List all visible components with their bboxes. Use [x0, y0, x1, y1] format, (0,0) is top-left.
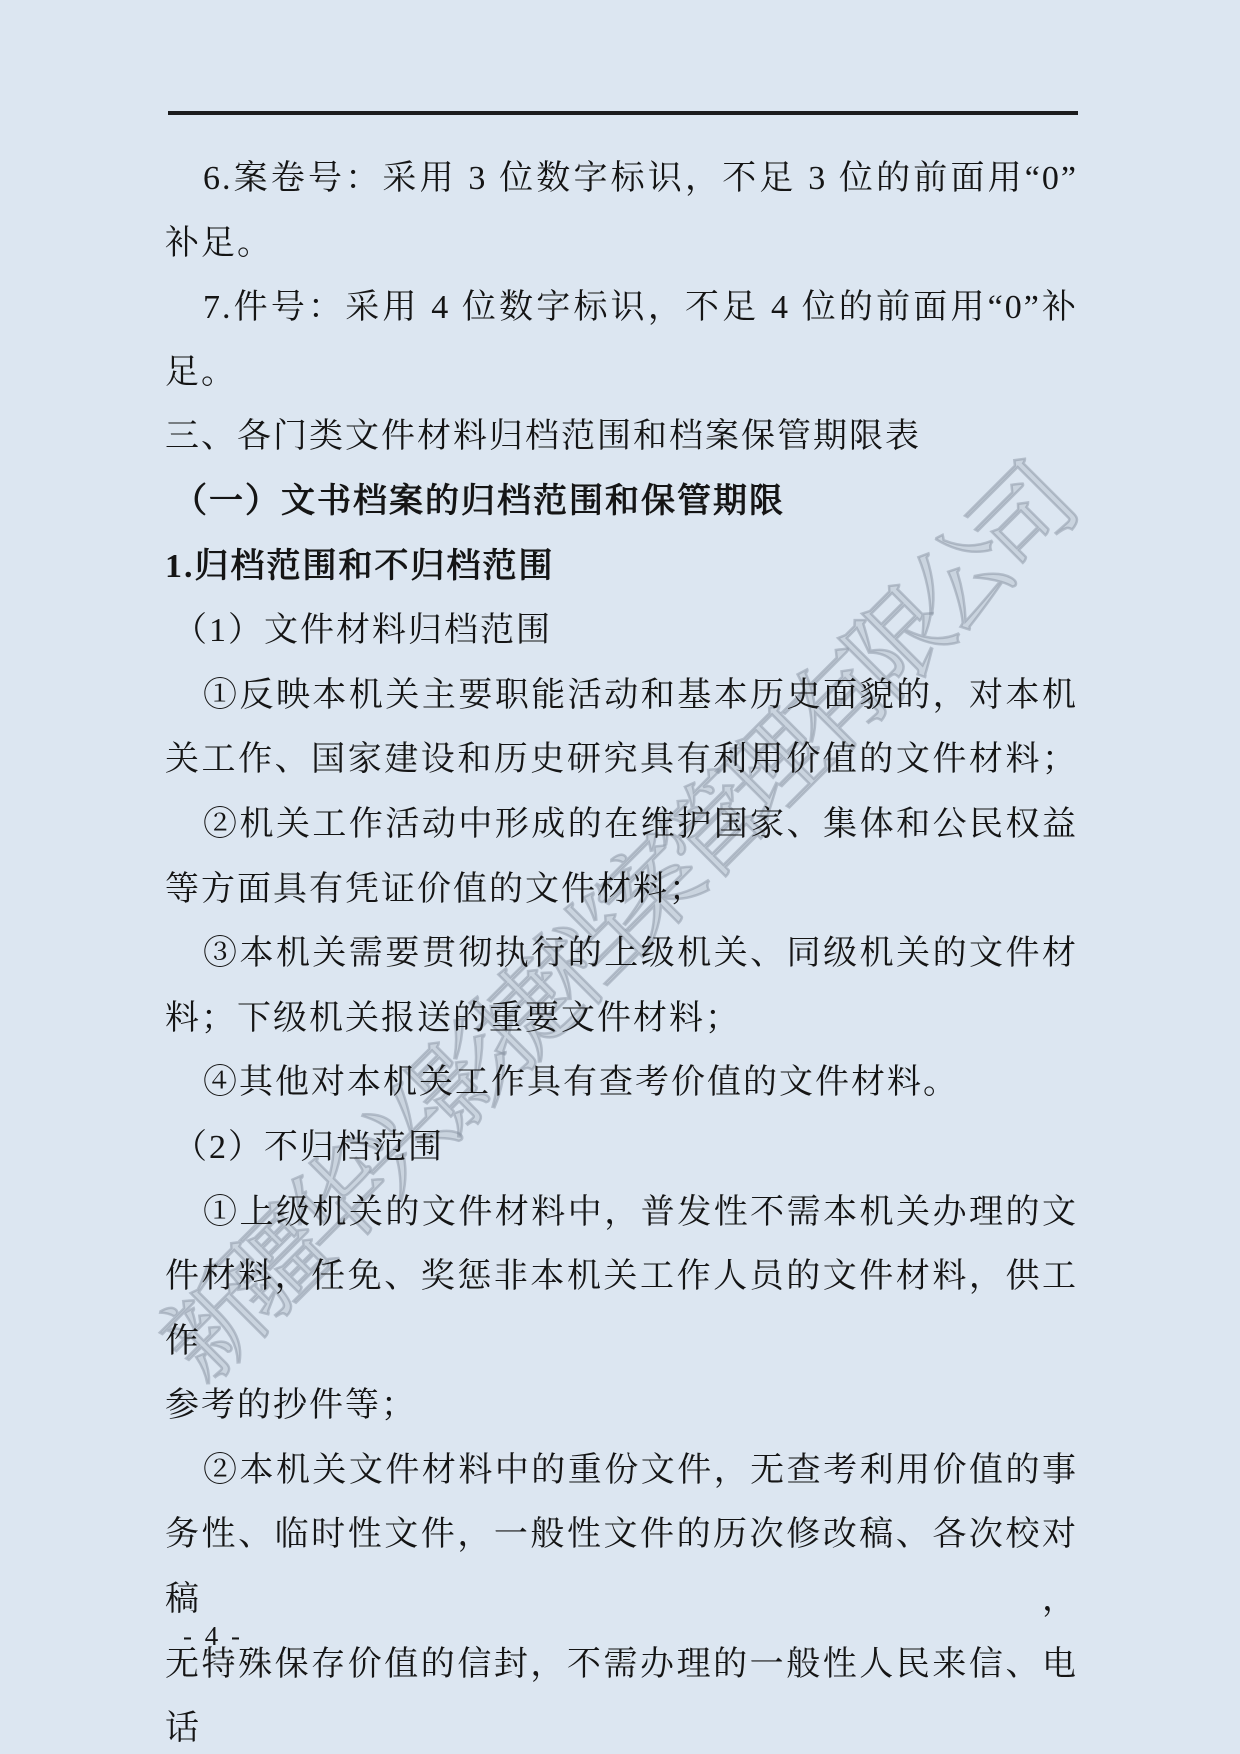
text-line: ②本机关文件材料中的重份文件，无查考利用价值的事 — [165, 1439, 1078, 1504]
text-line: 1.归档范围和不归档范围 — [165, 535, 1078, 600]
text-line: ①上级机关的文件材料中，普发性不需本机关办理的文 — [165, 1181, 1078, 1246]
text-line: 6.案卷号：采用 3 位数字标识，不足 3 位的前面用“0” — [165, 147, 1078, 212]
page-number: - 4 - — [183, 1621, 243, 1652]
text-line: ②机关工作活动中形成的在维护国家、集体和公民权益 — [165, 793, 1078, 858]
text-line: （2）不归档范围 — [165, 1116, 1078, 1181]
text-line: 参考的抄件等； — [165, 1374, 1078, 1439]
text-line: ④其他对本机关工作具有查考价值的文件材料。 — [165, 1051, 1078, 1116]
document-page: 新疆华兴影捷档案管理有限公司 6.案卷号：采用 3 位数字标识，不足 3 位的前… — [0, 0, 1240, 1754]
header-rule — [168, 111, 1078, 115]
text-line: 7.件号：采用 4 位数字标识，不足 4 位的前面用“0”补 — [165, 276, 1078, 341]
text-line: 补足。 — [165, 212, 1078, 277]
text-line: 件材料，任免、奖惩非本机关工作人员的文件材料，供工作 — [165, 1245, 1078, 1374]
text-line: ③本机关需要贯彻执行的上级机关、同级机关的文件材 — [165, 922, 1078, 987]
text-line: （一）文书档案的归档范围和保管期限 — [165, 470, 1078, 535]
text-line: 等方面具有凭证价值的文件材料； — [165, 858, 1078, 923]
text-lines: 6.案卷号：采用 3 位数字标识，不足 3 位的前面用“0”补足。7.件号：采用… — [165, 147, 1078, 1754]
text-line: （1）文件材料归档范围 — [165, 599, 1078, 664]
text-line: 足。 — [165, 341, 1078, 406]
text-line: 关工作、国家建设和历史研究具有利用价值的文件材料； — [165, 728, 1078, 793]
text-line: 三、各门类文件材料归档范围和档案保管期限表 — [165, 405, 1078, 470]
text-line: 无特殊保存价值的信封，不需办理的一般性人民来信、电话 — [165, 1633, 1078, 1754]
text-line: ①反映本机关主要职能活动和基本历史面貌的，对本机 — [165, 664, 1078, 729]
text-line: 务性、临时性文件，一般性文件的历次修改稿、各次校对稿， — [165, 1503, 1078, 1632]
text-line: 料；下级机关报送的重要文件材料； — [165, 987, 1078, 1052]
